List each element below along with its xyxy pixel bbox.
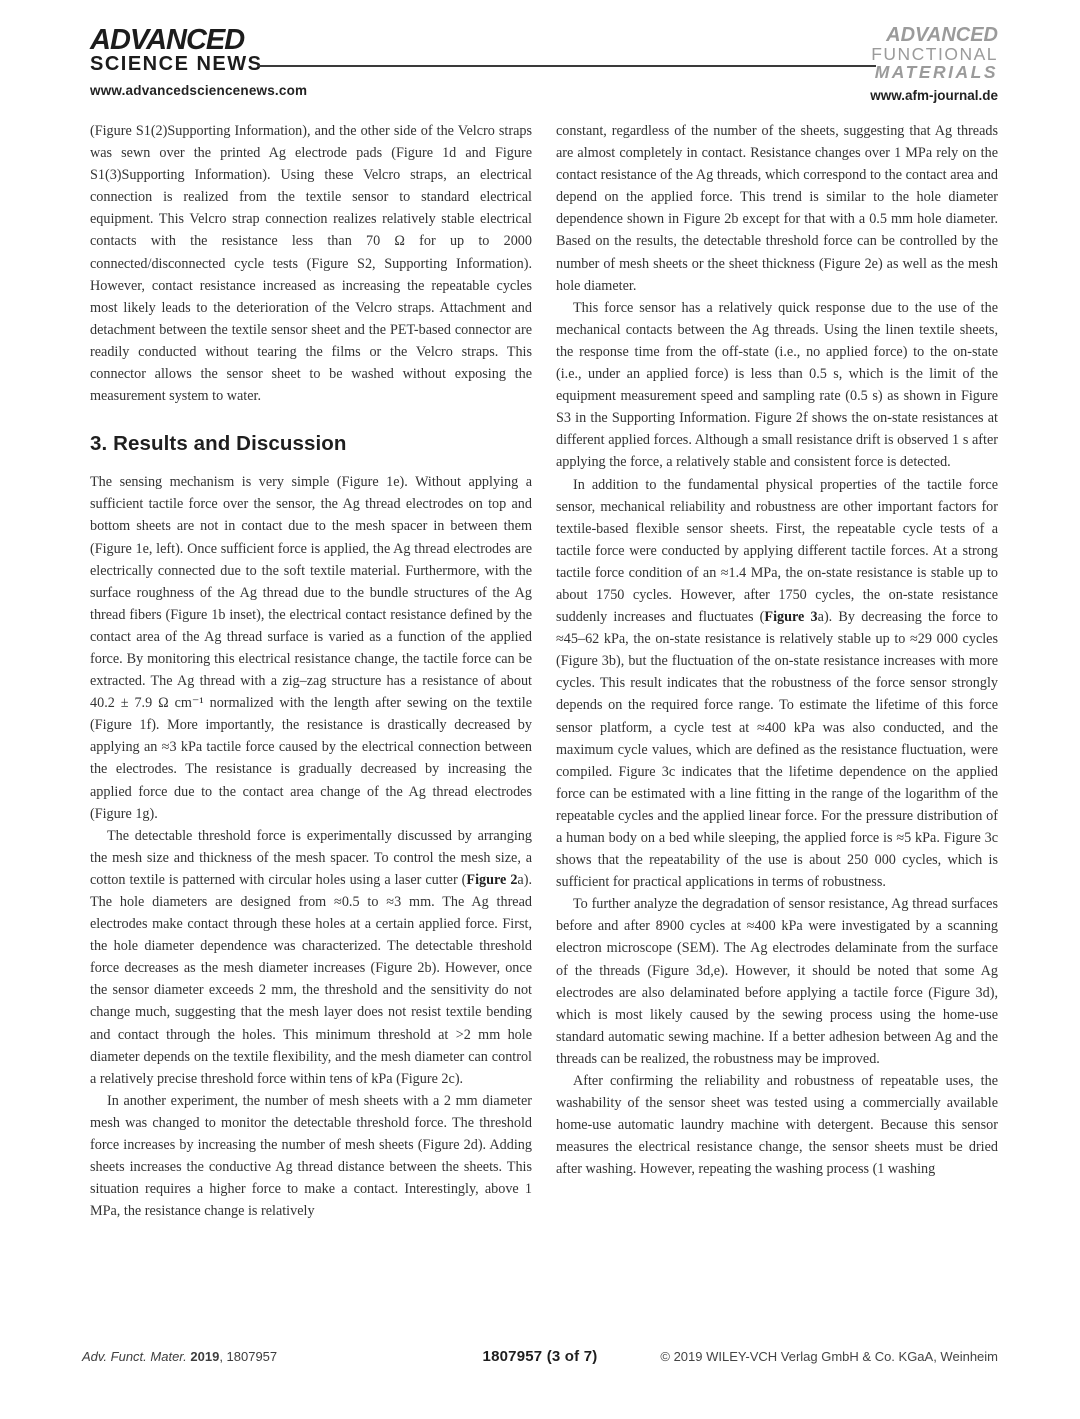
advanced-science-news-logo: ADVANCED SCIENCE NEWS www.advancedscienc… — [90, 26, 307, 98]
paragraph: constant, regardless of the number of th… — [556, 120, 998, 297]
article-body: (Figure S1(2)Supporting Information), an… — [90, 120, 998, 1332]
page-header: ADVANCED SCIENCE NEWS www.advancedscienc… — [0, 0, 1080, 118]
afm-logo-line2: FUNCTIONAL — [870, 45, 998, 63]
asn-website-link[interactable]: www.advancedsciencenews.com — [90, 83, 307, 98]
asn-logo-line1: ADVANCED — [90, 26, 307, 54]
citation: Adv. Funct. Mater. 2019, 1807957 — [82, 1349, 483, 1364]
paragraph: In addition to the fundamental physical … — [556, 474, 998, 894]
asn-logo-line2: SCIENCE NEWS — [90, 54, 307, 74]
citation-year: 2019 — [190, 1349, 219, 1364]
section-heading: 3. Results and Discussion — [90, 432, 532, 456]
paragraph: In another experiment, the number of mes… — [90, 1090, 532, 1223]
page-number: 1807957 (3 of 7) — [483, 1348, 598, 1365]
header-divider-line — [258, 65, 876, 67]
paragraph: This force sensor has a relatively quick… — [556, 297, 998, 474]
citation-journal: Adv. Funct. Mater. — [82, 1349, 187, 1364]
paragraph: After confirming the reliability and rob… — [556, 1070, 998, 1180]
afm-website-link[interactable]: www.afm-journal.de — [870, 88, 998, 103]
paragraph: The detectable threshold force is experi… — [90, 825, 532, 1090]
journal-page: ADVANCED SCIENCE NEWS www.advancedscienc… — [0, 0, 1080, 1419]
afm-logo-line1: ADVANCED — [870, 26, 998, 45]
paragraph: (Figure S1(2)Supporting Information), an… — [90, 120, 532, 407]
paragraph: To further analyze the degradation of se… — [556, 893, 998, 1070]
citation-article-number: , 1807957 — [219, 1349, 277, 1364]
copyright-notice: © 2019 WILEY-VCH Verlag GmbH & Co. KGaA,… — [597, 1349, 998, 1364]
afm-journal-logo: ADVANCED FUNCTIONAL MATERIALS www.afm-jo… — [870, 26, 998, 103]
right-column: constant, regardless of the number of th… — [556, 120, 998, 1332]
page-footer: Adv. Funct. Mater. 2019, 1807957 1807957… — [82, 1348, 998, 1365]
left-column: (Figure S1(2)Supporting Information), an… — [90, 120, 532, 1332]
afm-logo-line3: MATERIALS — [870, 63, 998, 81]
paragraph: The sensing mechanism is very simple (Fi… — [90, 471, 532, 825]
